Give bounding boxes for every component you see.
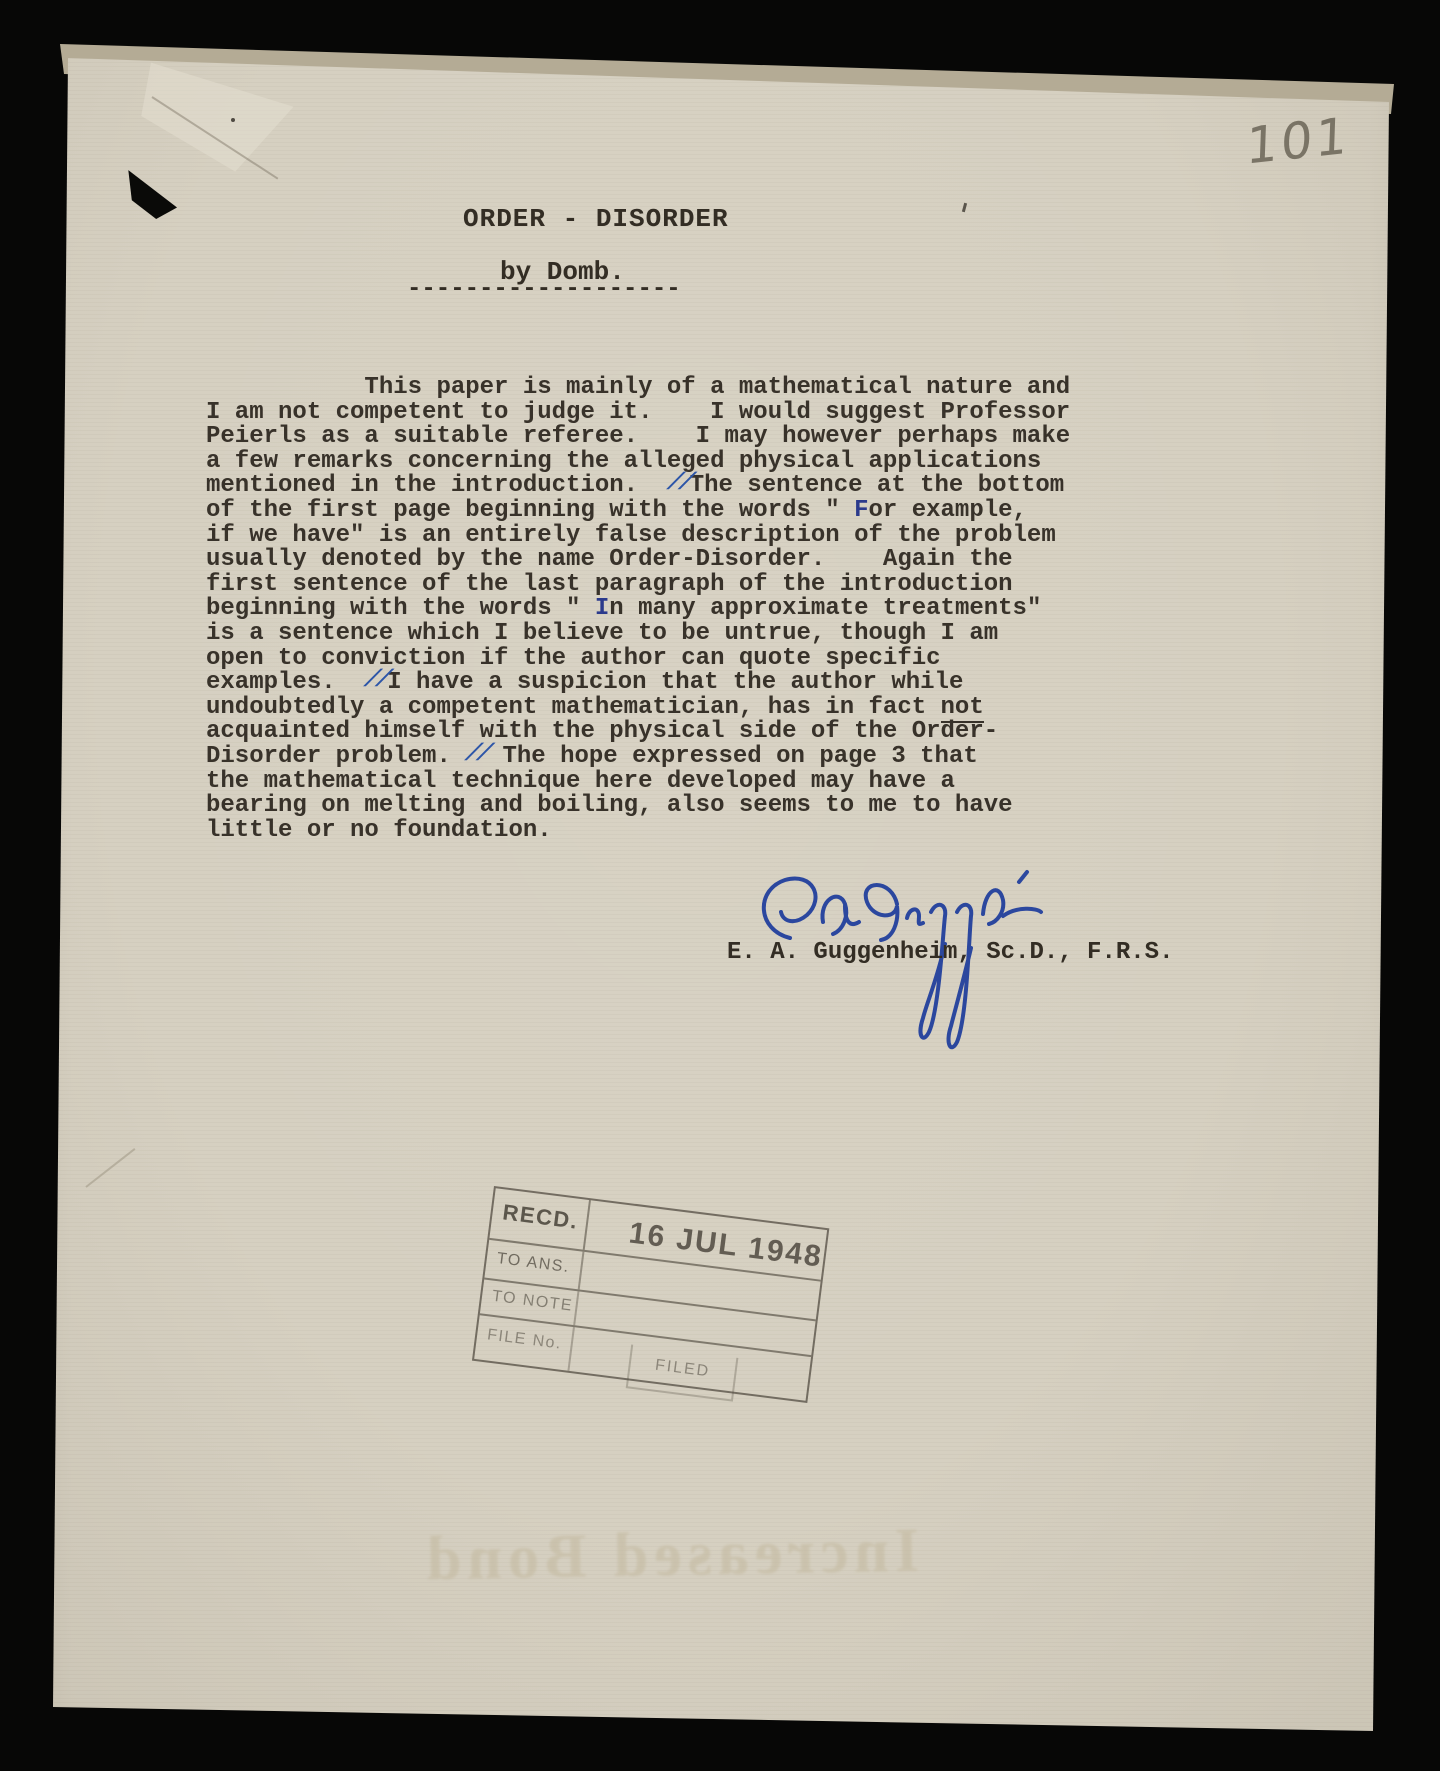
signatory-typed-name: E. A. Guggenheim, Sc.D., F.R.S.	[727, 939, 1173, 966]
typed-line: of the first page beginning with the wor…	[206, 499, 1070, 524]
typed-line: examples. //I have a suspicion that the …	[206, 671, 1070, 696]
ink-corrected-letter: I	[595, 595, 609, 622]
typed-line: a few remarks concerning the alleged phy…	[206, 450, 1070, 475]
paper-watermark-bleedthrough: Increased Bond	[299, 1514, 1040, 1598]
typed-line: little or no foundation.	[206, 819, 1070, 844]
typed-line: first sentence of the last paragraph of …	[206, 573, 1070, 598]
typed-line: mentioned in the introduction. //The sen…	[206, 474, 1070, 499]
typed-line: open to conviction if the author can quo…	[206, 647, 1070, 672]
pencil-page-number: 101	[1245, 106, 1351, 175]
dust-speck	[231, 118, 235, 122]
typed-line: the mathematical technique here develope…	[206, 770, 1070, 795]
typed-line: if we have" is an entirely false descrip…	[206, 524, 1070, 549]
paper-texture	[0, 0, 1440, 1771]
byline-underline-dashes: -------------------	[407, 276, 681, 303]
typed-line: usually denoted by the name Order-Disord…	[206, 548, 1070, 573]
stamp-recd-label: RECD.	[489, 1188, 591, 1250]
scanned-document: 101 ORDER - DISORDER by Domb. ----------…	[0, 0, 1440, 1771]
typed-line: Disorder problem. // The hope expressed …	[206, 745, 1070, 770]
typed-line: bearing on melting and boiling, also see…	[206, 794, 1070, 819]
handwritten-signature-ink	[745, 860, 1045, 1075]
typed-line: undoubtedly a competent mathematician, h…	[206, 696, 1070, 721]
typed-line: is a sentence which I believe to be untr…	[206, 622, 1070, 647]
paper-sheet	[0, 0, 1440, 1771]
body-paragraph: This paper is mainly of a mathematical n…	[206, 376, 1070, 843]
document-title: ORDER - DISORDER	[463, 204, 729, 234]
typed-line: Peierls as a suitable referee. I may how…	[206, 425, 1070, 450]
typed-line: beginning with the words " In many appro…	[206, 597, 1070, 622]
ink-corrected-letter: F	[854, 497, 868, 524]
typed-line: I am not competent to judge it. I would …	[206, 401, 1070, 426]
typed-line: acquainted himself with the physical sid…	[206, 720, 1070, 745]
typed-line: This paper is mainly of a mathematical n…	[206, 376, 1070, 401]
